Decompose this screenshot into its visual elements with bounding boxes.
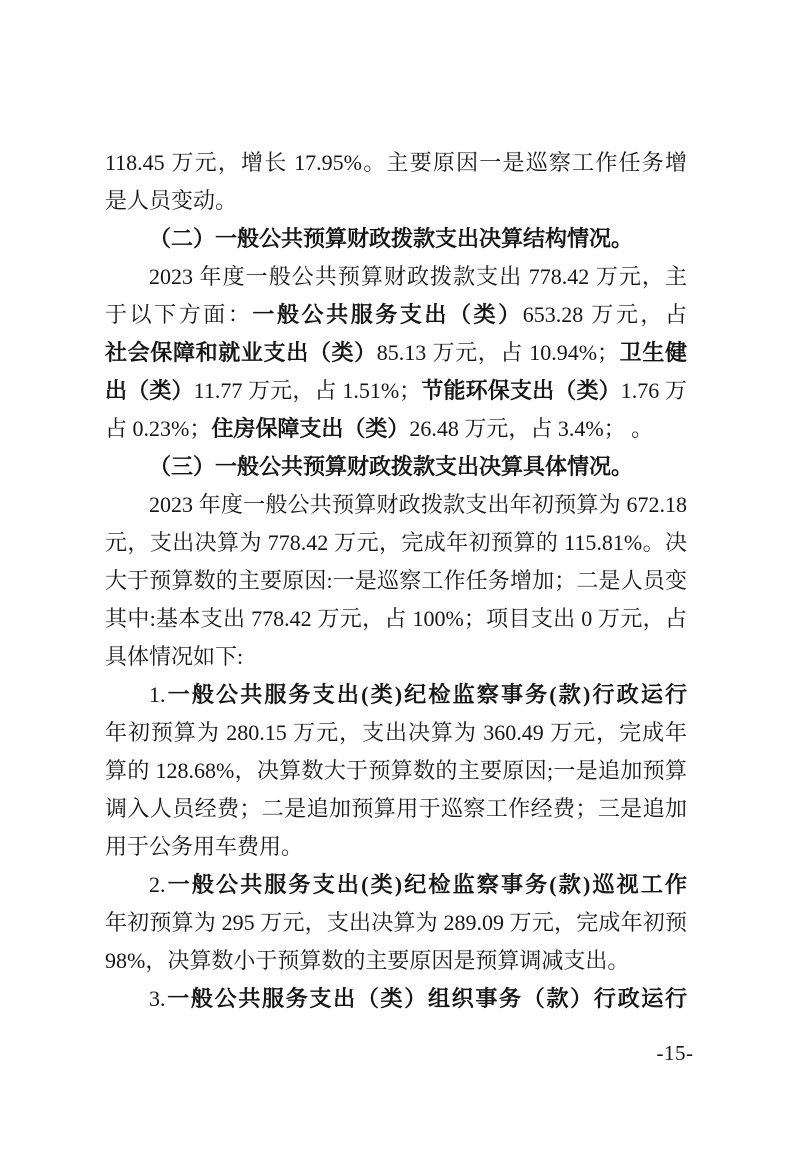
text-run: 大于预算数的主要原因:一是巡察工作任务增加；二是人员变动。 bbox=[105, 568, 687, 600]
text-run: （二）一般公共预算财政拨款支出决算结构情况。 bbox=[149, 226, 633, 251]
text-line: 3.一般公共服务支出（类）组织事务（款）行政运行（项）。 bbox=[105, 980, 687, 1018]
text-run: 118.45 万元，增长 17.95%。主要原因一是巡察工作任务增加；二 bbox=[105, 150, 687, 182]
text-line: 出（类）11.77 万元，占 1.51%；节能环保支出（类）1.76 万元， bbox=[105, 372, 687, 410]
text-line: 占 0.23%；住房保障支出（类）26.48 万元，占 3.4%； 。 bbox=[105, 410, 687, 448]
text-line: 2023 年度一般公共预算财政拨款支出年初预算为 672.18 万 bbox=[105, 486, 687, 524]
text-run: 年初预算为 280.15 万元，支出决算为 360.49 万元，完成年初预 bbox=[105, 720, 687, 752]
text-run: 11.77 万元，占 1.51%； bbox=[194, 378, 422, 403]
text-run: 节能环保支出（类） bbox=[421, 378, 621, 403]
text-run: 一般公共服务支出(类)纪检监察事务(款)巡视工作(项)。 bbox=[105, 872, 687, 904]
text-run: 其中:基本支出 778.42 万元，占 100%；项目支出 0 万元，占 0%。 bbox=[105, 606, 687, 638]
text-run: 住房保障支出（类） bbox=[211, 416, 409, 441]
text-run: 一般公共服务支出（类） bbox=[252, 302, 522, 327]
text-run: 1. bbox=[149, 682, 166, 707]
text-run: 26.48 万元，占 3.4%； 。 bbox=[409, 416, 653, 441]
text-line: （二）一般公共预算财政拨款支出决算结构情况。 bbox=[105, 220, 687, 258]
text-run: 社会保障和就业支出（类） bbox=[105, 340, 377, 365]
text-line: 2023 年度一般公共预算财政拨款支出 778.42 万元，主要用 bbox=[105, 258, 687, 296]
text-line: 年初预算为 280.15 万元，支出决算为 360.49 万元，完成年初预 bbox=[105, 714, 687, 752]
text-line: 用于公务用车费用。 bbox=[105, 828, 687, 866]
text-line: 其中:基本支出 778.42 万元，占 100%；项目支出 0 万元，占 0%。 bbox=[105, 600, 687, 638]
text-run: 一般公共服务支出(类)纪检监察事务(款)行政运行(项)。 bbox=[105, 682, 687, 714]
text-line: 118.45 万元，增长 17.95%。主要原因一是巡察工作任务增加；二 bbox=[105, 144, 687, 182]
text-run: 85.13 万元，占 10.94%； bbox=[377, 340, 619, 365]
text-run: 3. bbox=[149, 986, 166, 1011]
text-run: 算的 128.68%，决算数大于预算数的主要原因;一是追加预算用于 bbox=[105, 758, 687, 790]
text-line: 算的 128.68%，决算数大于预算数的主要原因;一是追加预算用于 bbox=[105, 752, 687, 790]
text-run: 调入人员经费；二是追加预算用于巡察工作经费；三是追加预算 bbox=[105, 796, 687, 828]
page-number: -15- bbox=[643, 1042, 707, 1064]
text-line: 98%，决算数小于预算数的主要原因是预算调减支出。 bbox=[105, 942, 687, 980]
document-page: 118.45 万元，增长 17.95%。主要原因一是巡察工作任务增加；二是人员变… bbox=[0, 0, 793, 1171]
text-run: 98%，决算数小于预算数的主要原因是预算调减支出。 bbox=[105, 948, 629, 973]
text-run: 用于公务用车费用。 bbox=[105, 834, 303, 859]
text-line: 具体情况如下: bbox=[105, 638, 687, 676]
text-line: 2.一般公共服务支出(类)纪检监察事务(款)巡视工作(项)。 bbox=[105, 866, 687, 904]
text-line: （三）一般公共预算财政拨款支出决算具体情况。 bbox=[105, 448, 687, 486]
text-run: 元，支出决算为 778.42 万元，完成年初预算的 115.81%。决算数 bbox=[105, 530, 687, 562]
text-line: 调入人员经费；二是追加预算用于巡察工作经费；三是追加预算 bbox=[105, 790, 687, 828]
text-run: 年初预算为 295 万元，支出决算为 289.09 万元，完成年初预算的 bbox=[105, 910, 687, 942]
text-run: 2023 年度一般公共预算财政拨款支出年初预算为 672.18 万 bbox=[105, 492, 687, 524]
text-run: 一般公共服务支出（类）组织事务（款）行政运行（项）。 bbox=[105, 986, 687, 1018]
text-line: 于以下方面：一般公共服务支出（类）653.28 万元，占 83.92%； bbox=[105, 296, 687, 334]
text-line: 1.一般公共服务支出(类)纪检监察事务(款)行政运行(项)。 bbox=[105, 676, 687, 714]
text-run: （三）一般公共预算财政拨款支出决算具体情况。 bbox=[149, 454, 633, 479]
text-line: 元，支出决算为 778.42 万元，完成年初预算的 115.81%。决算数 bbox=[105, 524, 687, 562]
document-text: 118.45 万元，增长 17.95%。主要原因一是巡察工作任务增加；二是人员变… bbox=[105, 144, 687, 1018]
text-line: 年初预算为 295 万元，支出决算为 289.09 万元，完成年初预算的 bbox=[105, 904, 687, 942]
text-run: 是人员变动。 bbox=[105, 188, 237, 213]
text-run: 出（类） bbox=[105, 378, 194, 403]
text-run: 2. bbox=[149, 872, 166, 897]
text-run: 占 0.23%； bbox=[105, 416, 211, 441]
text-line: 大于预算数的主要原因:一是巡察工作任务增加；二是人员变动。 bbox=[105, 562, 687, 600]
text-run: 2023 年度一般公共预算财政拨款支出 778.42 万元，主要用 bbox=[105, 264, 687, 296]
text-line: 是人员变动。 bbox=[105, 182, 687, 220]
text-run: 具体情况如下: bbox=[105, 644, 243, 669]
text-line: 社会保障和就业支出（类）85.13 万元，占 10.94%；卫生健康支 bbox=[105, 334, 687, 372]
text-run: 于以下方面： bbox=[105, 302, 252, 327]
